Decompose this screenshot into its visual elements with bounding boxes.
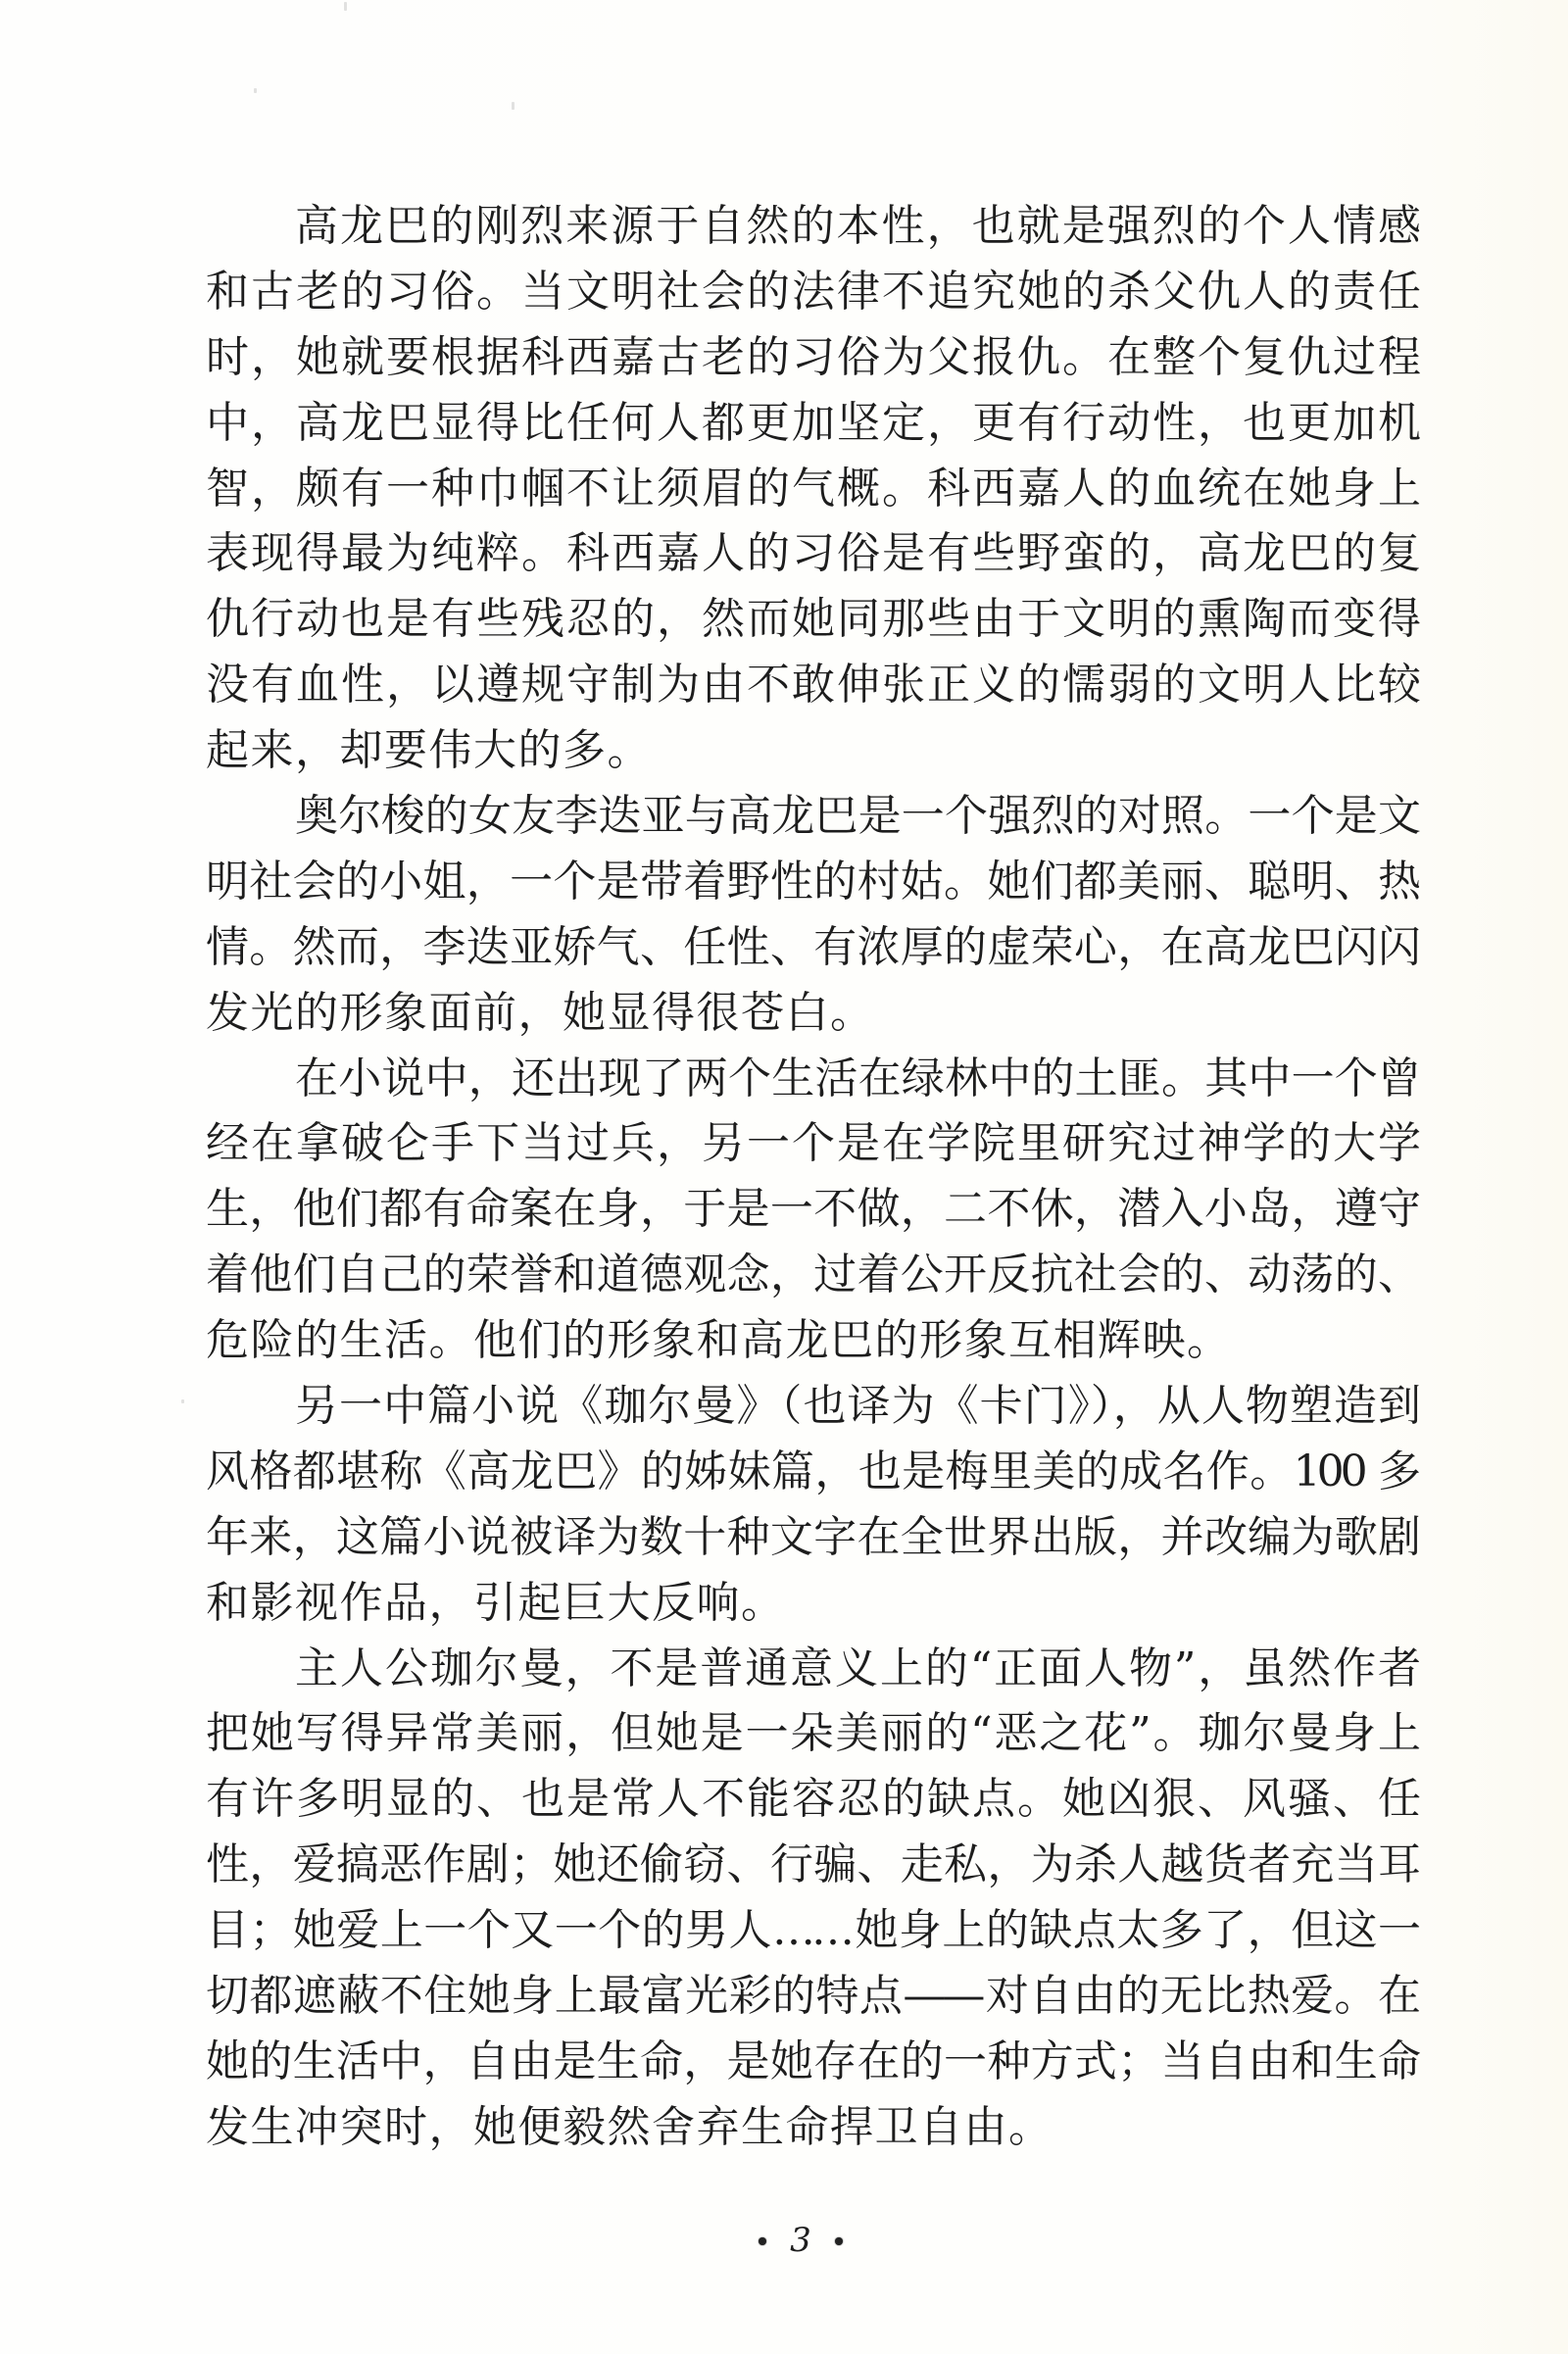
- text-line: 生，他们都有命案在身，于是一不做，二不休，潜入小岛，遵守: [206, 1177, 1417, 1243]
- page-number: 3: [759, 2223, 843, 2258]
- scan-speck: [344, 2, 347, 11]
- text-line: 仇行动也是有些残忍的，然而她同那些由于文明的熏陶而变得: [206, 587, 1417, 653]
- text-line: 把她写得异常美丽，但她是一朵美丽的“恶之花”。珈尔曼身上: [206, 1701, 1417, 1767]
- text-line: 有许多明显的、也是常人不能容忍的缺点。她凶狠、风骚、任: [206, 1767, 1417, 1833]
- text-line: 没有血性，以遵规守制为由不敢伸张正义的懦弱的文明人比较: [206, 653, 1417, 718]
- text-line: 性，爱搞恶作剧；她还偷窃、行骗、走私，为杀人越货者充当耳: [206, 1833, 1417, 1898]
- page-number-value: 3: [790, 2223, 811, 2258]
- text-line: 切都遮蔽不住她身上最富光彩的特点——对自由的无比热爱。在: [206, 1964, 1417, 2030]
- text-line: 危险的生活。他们的形象和高龙巴的形象互相辉映。: [206, 1308, 1417, 1374]
- text-line: 目；她爱上一个又一个的男人……她身上的缺点太多了，但这一: [206, 1898, 1417, 1964]
- text-line: 起来，却要伟大的多。: [206, 718, 1417, 784]
- text-line: 智，颇有一种巾帼不让须眉的气概。科西嘉人的血统在她身上: [206, 457, 1417, 522]
- text-line: 发光的形象面前，她显得很苍白。: [206, 981, 1417, 1047]
- page-number-dot-left: [759, 2237, 766, 2245]
- paragraph-lydia-contrast: 奥尔梭的女友李迭亚与高龙巴是一个强烈的对照。一个是文 明社会的小姐，一个是带着野…: [206, 784, 1417, 1047]
- text-line: 表现得最为纯粹。科西嘉人的习俗是有些野蛮的，高龙巴的复: [206, 521, 1417, 587]
- text-line: 和影视作品，引起巨大反响。: [206, 1571, 1417, 1637]
- book-page: 高龙巴的刚烈来源于自然的本性，也就是强烈的个人情感 和古老的习俗。当文明社会的法…: [0, 0, 1568, 2354]
- text-line: 高龙巴的刚烈来源于自然的本性，也就是强烈的个人情感: [206, 194, 1417, 260]
- text-line: 她的生活中，自由是生命，是她存在的一种方式；当自由和生命: [206, 2030, 1417, 2095]
- text-line: 另一中篇小说《珈尔曼》（也译为《卡门》），从人物塑造到: [206, 1374, 1417, 1440]
- text-line: 奥尔梭的女友李迭亚与高龙巴是一个强烈的对照。一个是文: [206, 784, 1417, 850]
- text-line: 主人公珈尔曼，不是普通意义上的“正面人物”，虽然作者: [206, 1637, 1417, 1702]
- text-line: 经在拿破仑手下当过兵，另一个是在学院里研究过神学的大学: [206, 1111, 1417, 1177]
- scan-speck: [254, 88, 257, 93]
- scan-speck: [512, 102, 514, 110]
- page-number-dot-right: [835, 2237, 843, 2245]
- text-line: 在小说中，还出现了两个生活在绿林中的土匪。其中一个曾: [206, 1047, 1417, 1112]
- text-line: 中，高龙巴显得比任何人都更加坚定，更有行动性，也更加机: [206, 391, 1417, 457]
- text-line: 风格都堪称《高龙巴》的姊妹篇，也是梅里美的成名作。100 多: [206, 1440, 1417, 1505]
- scan-speck: [181, 1399, 184, 1403]
- paragraph-bandits: 在小说中，还出现了两个生活在绿林中的土匪。其中一个曾 经在拿破仑手下当过兵，另一…: [206, 1047, 1417, 1374]
- paragraph-carmen-intro: 另一中篇小说《珈尔曼》（也译为《卡门》），从人物塑造到 风格都堪称《高龙巴》的姊…: [206, 1374, 1417, 1637]
- text-line: 发生冲突时，她便毅然舍弃生命捍卫自由。: [206, 2095, 1417, 2161]
- text-line: 时，她就要根据科西嘉古老的习俗为父报仇。在整个复仇过程: [206, 325, 1417, 391]
- text-line: 明社会的小姐，一个是带着野性的村姑。她们都美丽、聪明、热: [206, 850, 1417, 915]
- text-line: 着他们自己的荣誉和道德观念，过着公开反抗社会的、动荡的、: [206, 1243, 1417, 1308]
- paragraph-carmen-character: 主人公珈尔曼，不是普通意义上的“正面人物”，虽然作者 把她写得异常美丽，但她是一…: [206, 1637, 1417, 2161]
- paragraph-colomba-character: 高龙巴的刚烈来源于自然的本性，也就是强烈的个人情感 和古老的习俗。当文明社会的法…: [206, 194, 1417, 784]
- text-line: 情。然而，李迭亚娇气、任性、有浓厚的虚荣心，在高龙巴闪闪: [206, 915, 1417, 981]
- body-text: 高龙巴的刚烈来源于自然的本性，也就是强烈的个人情感 和古老的习俗。当文明社会的法…: [206, 194, 1417, 2161]
- text-line: 和古老的习俗。当文明社会的法律不追究她的杀父仇人的责任: [206, 260, 1417, 325]
- text-line: 年来，这篇小说被译为数十种文字在全世界出版，并改编为歌剧: [206, 1505, 1417, 1571]
